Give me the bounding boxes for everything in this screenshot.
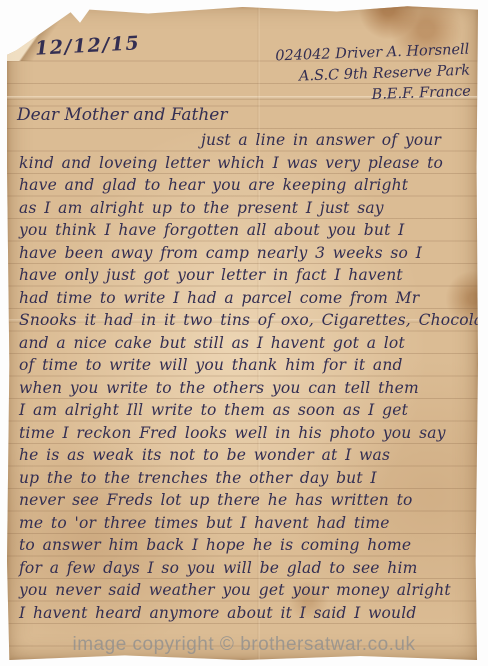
scanned-letter: 12/12/15 024042 Driver A. Horsnell A.S.C… <box>0 0 488 666</box>
letter-line: of time to write will you thank him for … <box>19 354 478 377</box>
copyright-watermark: image copyright © brothersatwar.co.uk <box>73 634 416 656</box>
letter-line: you think I have forgotten all about you… <box>19 219 478 242</box>
letter-line: I am alright Ill write to them as soon a… <box>19 399 478 422</box>
letter-line: when you write to the others you can tel… <box>19 377 478 400</box>
letter-line: have been away from camp nearly 3 weeks … <box>19 242 478 265</box>
salutation: Dear Mother and Father <box>17 105 227 125</box>
letter-line: Snooks it had in it two tins of oxo, Cig… <box>19 309 478 332</box>
letter-line: for a few days I so you will be glad to … <box>19 557 478 580</box>
letter-line: he is as weak its not to be wonder at I … <box>19 444 478 467</box>
letter-paper: 12/12/15 024042 Driver A. Horsnell A.S.C… <box>7 3 478 660</box>
letter-date: 12/12/15 <box>34 32 140 59</box>
letter-line: just a line in answer of your <box>19 129 478 152</box>
letter-line: kind and loveing letter which I was very… <box>19 152 478 175</box>
letter-line: me to 'or three times but I havent had t… <box>19 512 478 535</box>
letter-line: as I am alright up to the present I just… <box>19 197 478 220</box>
letter-line: and a nice cake but still as I havent go… <box>19 332 478 355</box>
letter-line: I havent heard anymore about it I said I… <box>19 602 478 625</box>
letter-line: never see Freds lot up there he has writ… <box>19 489 478 512</box>
letter-line: have only just got your letter in fact I… <box>19 264 478 287</box>
letter-line: had time to write I had a parcel come fr… <box>19 287 478 310</box>
letter-body: just a line in answer of your kind and l… <box>19 129 478 624</box>
sender-address: 024042 Driver A. Horsnell A.S.C 9th Rese… <box>275 40 471 110</box>
letter-line: you never said weather you get your mone… <box>19 579 478 602</box>
letter-line: time I reckon Fred looks well in his pho… <box>19 422 478 445</box>
letter-line: have and glad to hear you are keeping al… <box>19 174 478 197</box>
letter-line: to answer him back I hope he is coming h… <box>19 534 478 557</box>
letter-line: up the to the trenches the other day but… <box>19 467 478 490</box>
